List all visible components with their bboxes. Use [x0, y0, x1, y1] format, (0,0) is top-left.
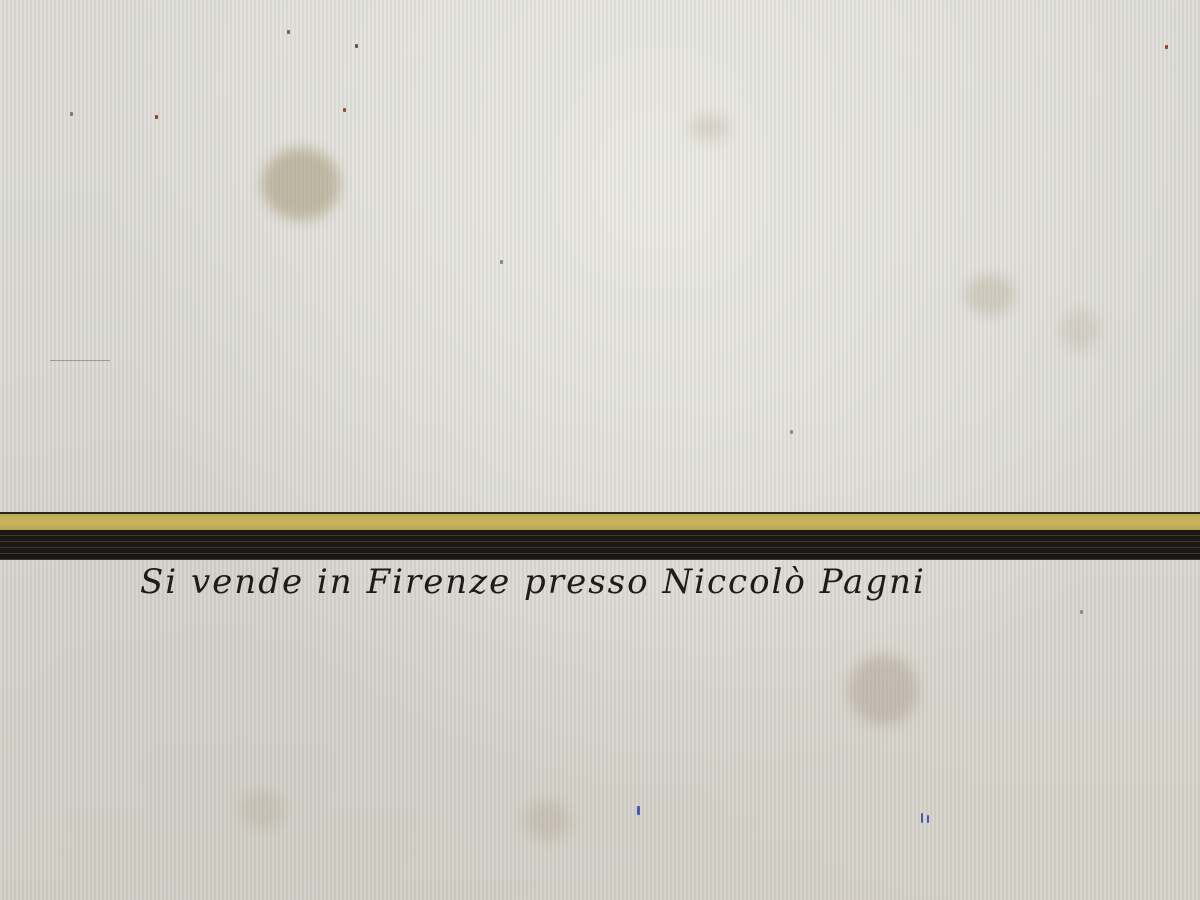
- border-dark-band: [0, 530, 1200, 560]
- paper-speck: [500, 260, 503, 264]
- foxing-stain: [525, 800, 570, 840]
- blue-ink-mark: [927, 815, 929, 823]
- paper-background: [0, 0, 1200, 900]
- paper-speck: [343, 108, 346, 112]
- paper-speck: [70, 112, 73, 116]
- foxing-stain: [1060, 310, 1100, 350]
- paper-speck: [155, 115, 158, 119]
- paper-speck: [790, 430, 793, 434]
- blue-ink-mark: [637, 806, 640, 815]
- paper-speck: [1080, 610, 1083, 614]
- foxing-stain: [240, 790, 285, 830]
- foxing-stain: [262, 148, 340, 220]
- foxing-stain: [965, 275, 1015, 315]
- foxing-stain: [690, 115, 730, 140]
- blue-ink-mark: [921, 813, 923, 823]
- print-border-rule: [0, 512, 1200, 562]
- publisher-inscription: Si vende in Firenze presso Niccolò Pagni: [140, 562, 1060, 642]
- paper-speck: [1165, 45, 1168, 49]
- paper-crease: [50, 360, 110, 361]
- paper-speck: [355, 44, 358, 48]
- foxing-stain: [848, 655, 918, 725]
- border-gold-band: [0, 514, 1200, 530]
- paper-speck: [287, 30, 290, 34]
